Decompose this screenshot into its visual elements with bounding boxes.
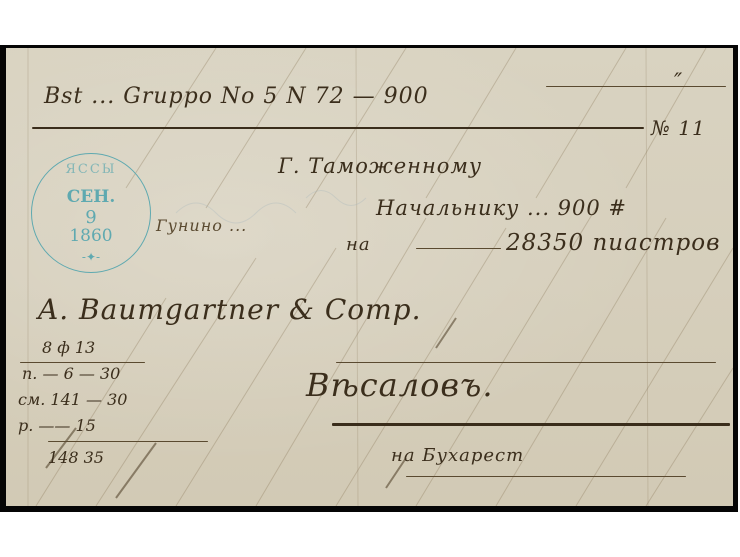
address-line-2: Начальнику ... 900 # [376,196,627,220]
header-ditto-mark: ″ [674,70,683,95]
calc-total-rule [48,441,208,442]
header-underline [32,127,644,129]
address-line-1: Г. Таможенному [278,154,482,178]
serial-number: № 11 [651,116,706,140]
header-annotation: Bst ... Gruppo No 5 N 72 — 900 [44,84,429,109]
header-overline [546,86,726,87]
calc-row: р. —— 15 [18,416,96,435]
postmark-month: СЕН. [32,187,150,207]
calc-row: п. — 6 — 30 [22,364,120,383]
postmark-town: ЯССЫ [32,162,150,177]
postmark-ornament: -✦- [32,250,150,264]
address-line-2-left: Гунино ... [156,216,247,235]
city-overline [336,362,716,363]
address-dash [416,248,501,249]
destination-city: Вѣсаловъ. [306,366,494,404]
calc-row: см. 141 — 30 [18,390,127,409]
addressee-name: A. Baumgartner & Comp. [38,293,422,326]
postmark-year: 1860 [32,226,150,246]
calc-row: 8 ф 13 [42,338,95,357]
address-line-3-prefix: на [346,234,371,255]
city-underline [332,423,730,426]
letter-sheet: ЯССЫ СЕН. 9 1860 -✦- Bst ... Gruppo No 5… [6,48,733,506]
routing-underline [406,476,686,477]
address-amount: 28350 пиастров [506,230,720,256]
routing-note: на Бухарест [391,445,524,466]
postmark-day: 9 [32,207,150,228]
calc-rule [20,362,145,363]
background-strokes [6,48,733,506]
circular-postmark: ЯССЫ СЕН. 9 1860 -✦- [31,153,151,273]
calc-total: 148 35 [48,448,104,467]
